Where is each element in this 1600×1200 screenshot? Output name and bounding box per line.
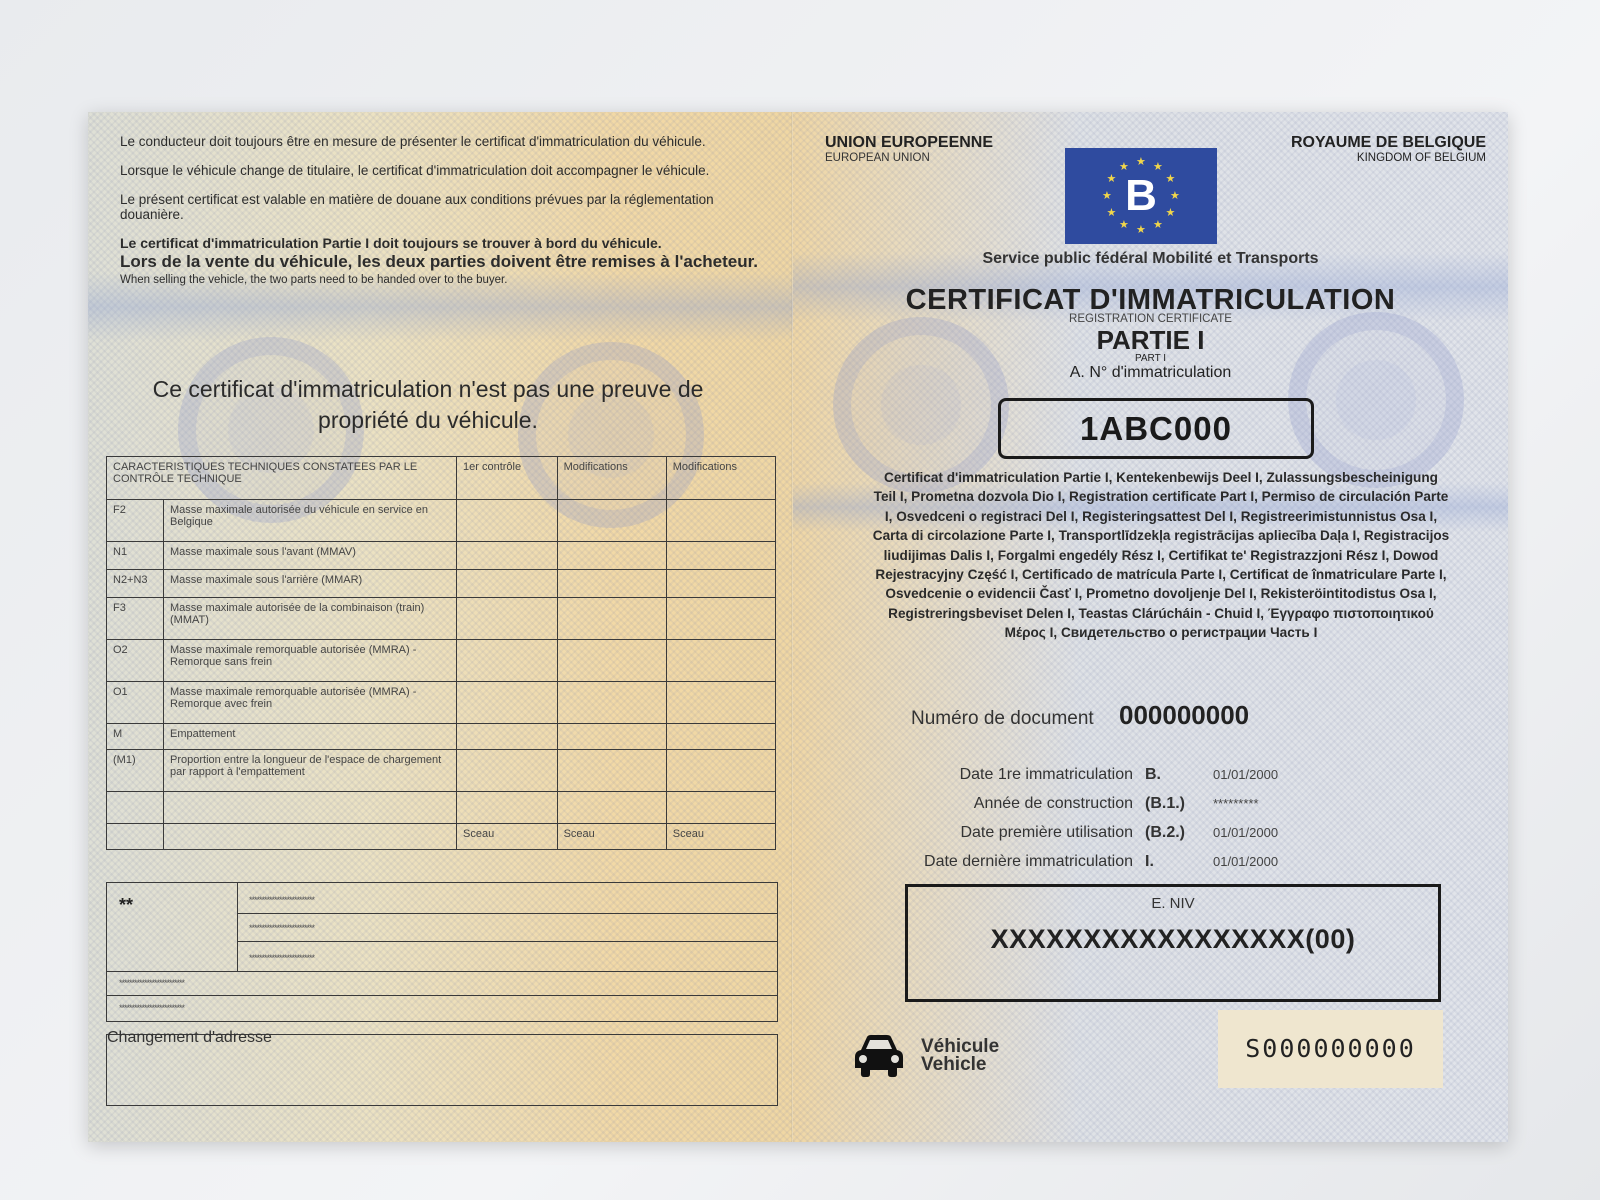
- seal-label: Sceau: [666, 824, 775, 850]
- table-row: N2+N3Masse maximale sous l'arrière (MMAR…: [107, 570, 776, 598]
- table-header-title: CARACTERISTIQUES TECHNIQUES CONSTATEES P…: [107, 457, 457, 500]
- star-icon: ★: [1107, 172, 1117, 185]
- document-title: CERTIFICAT D'IMMATRICULATION REGISTRATIO…: [793, 284, 1508, 382]
- star-icon: ★: [1119, 218, 1129, 231]
- part-fr: PARTIE I: [793, 325, 1508, 356]
- address-change-box: Changement d'adresse: [106, 1034, 778, 1106]
- star-icon: ★: [1153, 218, 1163, 231]
- field-row: Date dernière immatriculationI.01/01/200…: [863, 847, 1463, 876]
- last-registration-date: 01/01/2000: [1207, 847, 1278, 876]
- plate-label: A. N° d'immatriculation: [793, 364, 1508, 382]
- row-code: N1: [107, 542, 164, 570]
- eu-flag-emblem: B ★★★★★★★★★★★★: [1065, 148, 1217, 244]
- star-icon: ★: [1107, 206, 1117, 219]
- vin-label: E. NIV: [908, 895, 1438, 912]
- row-label: Masse maximale remorquable autorisée (MM…: [164, 640, 457, 682]
- dotted-field: **************************: [119, 1003, 184, 1013]
- car-icon: [851, 1032, 907, 1080]
- table-row: O2Masse maximale remorquable autorisée (…: [107, 640, 776, 682]
- seal-label: Sceau: [557, 824, 666, 850]
- document-number: 000000000: [1119, 700, 1249, 730]
- table-header-row: CARACTERISTIQUES TECHNIQUES CONSTATEES P…: [107, 457, 776, 500]
- row-label: Empattement: [164, 724, 457, 750]
- row-label: Proportion entre la longueur de l'espace…: [164, 750, 457, 792]
- vin-number: XXXXXXXXXXXXXXXXX(00): [908, 924, 1438, 955]
- row-code: F3: [107, 598, 164, 640]
- seal-label: Sceau: [457, 824, 558, 850]
- dotted-field: **************************: [249, 923, 314, 933]
- field-row: Date première utilisation(B.2.)01/01/200…: [863, 818, 1463, 847]
- ownership-disclaimer: Ce certificat d'immatriculation n'est pa…: [148, 374, 708, 436]
- first-use-date: 01/01/2000: [1207, 818, 1278, 847]
- union-fr: UNION EUROPEENNE: [825, 134, 993, 152]
- row-label: Masse maximale sous l'avant (MMAV): [164, 542, 457, 570]
- row-label: Masse maximale remorquable autorisée (MM…: [164, 682, 457, 724]
- union-en: EUROPEAN UNION: [825, 152, 993, 164]
- first-registration-date: 01/01/2000: [1207, 760, 1278, 789]
- table-row: N1Masse maximale sous l'avant (MMAV): [107, 542, 776, 570]
- star-icon: ★: [1102, 189, 1112, 202]
- field-row: Année de construction(B.1.)*********: [863, 789, 1463, 818]
- issuing-authority: Service public fédéral Mobilité et Trans…: [793, 250, 1508, 268]
- field-row: Date 1re immatriculationB.01/01/2000: [863, 760, 1463, 789]
- table-row: (M1)Proportion entre la longueur de l'es…: [107, 750, 776, 792]
- registration-number: 1ABC000: [998, 398, 1314, 459]
- star-icon: ★: [1136, 155, 1146, 168]
- dotted-field: **************************: [119, 978, 184, 988]
- document-number-label: Numéro de document: [911, 708, 1094, 729]
- star-icon: ★: [1136, 223, 1146, 236]
- kingdom-en: KINGDOM OF BELGIUM: [1291, 152, 1486, 164]
- belgium-heading: ROYAUME DE BELGIQUE KINGDOM OF BELGIUM: [1291, 134, 1486, 164]
- row-code: (M1): [107, 750, 164, 792]
- seal-row: Sceau Sceau Sceau: [107, 824, 776, 850]
- row-code: N2+N3: [107, 570, 164, 598]
- eu-heading: UNION EUROPEENNE EUROPEAN UNION: [825, 134, 993, 164]
- table-row: O1Masse maximale remorquable autorisée (…: [107, 682, 776, 724]
- row-code: O2: [107, 640, 164, 682]
- multilingual-titles: Certificat d'immatriculation Partie I, K…: [871, 468, 1451, 643]
- table-row: [107, 792, 776, 824]
- construction-year: *********: [1207, 789, 1259, 818]
- star-icon: ★: [1165, 172, 1175, 185]
- star-icon: ★: [1165, 206, 1175, 219]
- vin-box: E. NIV XXXXXXXXXXXXXXXXX(00): [905, 884, 1441, 1002]
- star-icon: ★: [1119, 160, 1129, 173]
- registration-dates: Date 1re immatriculationB.01/01/2000 Ann…: [863, 760, 1463, 876]
- instructions: Le conducteur doit toujours être en mesu…: [120, 134, 760, 288]
- right-page: UNION EUROPEENNE EUROPEAN UNION ROYAUME …: [793, 112, 1508, 1142]
- title-en: REGISTRATION CERTIFICATE: [793, 313, 1508, 325]
- column-header: Modifications: [666, 457, 775, 500]
- row-label: Masse maximale autorisée du véhicule en …: [164, 500, 457, 542]
- serial-number: S000000000: [1218, 1010, 1443, 1088]
- row-label: Masse maximale autorisée de la combinais…: [164, 598, 457, 640]
- address-change-label: Changement d'adresse: [107, 1029, 272, 1047]
- notice-sale: Lors de la vente du véhicule, les deux p…: [120, 253, 760, 271]
- stars-label: **: [119, 895, 133, 916]
- left-page: Le conducteur doit toujours être en mesu…: [88, 112, 793, 1142]
- column-header: 1er contrôle: [457, 457, 558, 500]
- dotted-field: **************************: [249, 953, 314, 963]
- notice-sale-en: When selling the vehicle, the two parts …: [120, 273, 760, 288]
- dotted-field: **************************: [249, 895, 314, 905]
- star-icon: ★: [1170, 189, 1180, 202]
- column-header: Modifications: [557, 457, 666, 500]
- star-icon: ★: [1153, 160, 1163, 173]
- category-en: Vehicle: [921, 1056, 999, 1074]
- technical-characteristics-table: CARACTERISTIQUES TECHNIQUES CONSTATEES P…: [106, 456, 776, 850]
- note-2: Lorsque le véhicule change de titulaire,…: [120, 163, 760, 178]
- table-row: MEmpattement: [107, 724, 776, 750]
- note-1: Le conducteur doit toujours être en mesu…: [120, 134, 760, 149]
- document-number-row: Numéro de document 000000000: [911, 700, 1249, 731]
- row-label: Masse maximale sous l'arrière (MMAR): [164, 570, 457, 598]
- vehicle-category: Véhicule Vehicle: [851, 1032, 999, 1080]
- table-row: F3Masse maximale autorisée de la combina…: [107, 598, 776, 640]
- row-code: M: [107, 724, 164, 750]
- kingdom-fr: ROYAUME DE BELGIQUE: [1291, 134, 1486, 152]
- note-3: Le présent certificat est valable en mat…: [120, 192, 760, 222]
- stamp-box: ** ************************** **********…: [106, 882, 778, 1022]
- row-code: F2: [107, 500, 164, 542]
- part-en: PART I: [793, 353, 1508, 364]
- notice-on-board: Le certificat d'immatriculation Partie I…: [120, 236, 760, 251]
- registration-certificate: Le conducteur doit toujours être en mesu…: [88, 112, 1508, 1142]
- table-row: F2Masse maximale autorisée du véhicule e…: [107, 500, 776, 542]
- row-code: O1: [107, 682, 164, 724]
